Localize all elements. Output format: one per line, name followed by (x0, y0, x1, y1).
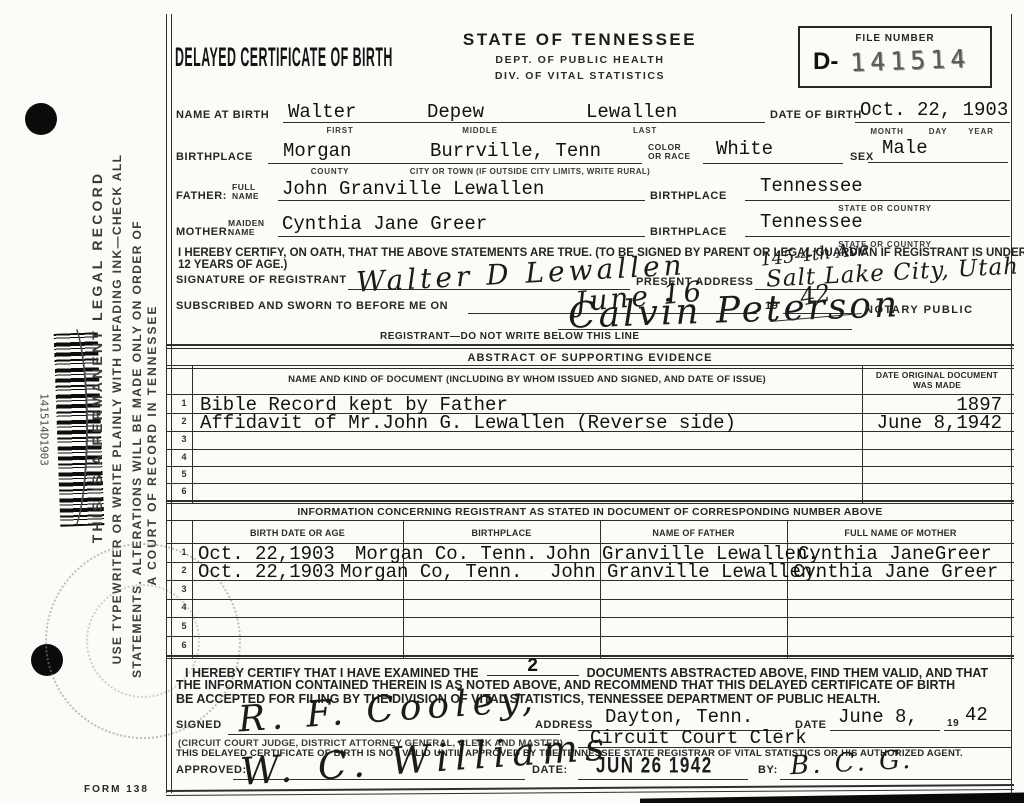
form-number: FORM 138 (84, 784, 149, 795)
info-col-place: BIRTHPLACE (403, 528, 600, 538)
rule (166, 636, 1014, 637)
document-count-value: 2 (527, 657, 538, 676)
abstract-row-number: 5 (176, 469, 192, 479)
rule (166, 655, 1014, 657)
rule (166, 520, 1014, 521)
mother-birthplace-value: Tennessee (760, 213, 863, 232)
rule (268, 163, 642, 164)
hole-punch-top (25, 103, 57, 135)
form-left-border (166, 14, 167, 793)
info-father-cell: John Granville Lewallen. (550, 563, 824, 582)
rule (166, 365, 1014, 366)
document-count-blank: 2 (487, 663, 579, 676)
rule (745, 200, 1010, 201)
abstract-col-date-2: WAS MADE (862, 380, 1012, 390)
mother-birthplace-label: BIRTHPLACE (650, 226, 727, 238)
by-signature: B. C. G. (789, 747, 913, 779)
mother-name-value: Cynthia Jane Greer (282, 215, 487, 234)
county-value: Morgan (283, 142, 351, 161)
oath-text-line2: 12 YEARS OF AGE.) (178, 259, 287, 271)
state-name: STATE OF TENNESSEE (430, 30, 730, 50)
approved-date-stamp: JUN 26 1942 (596, 753, 713, 779)
first-caption: FIRST (310, 126, 370, 135)
table-divider (192, 520, 193, 658)
scanned-birth-certificate: 141514D1903 THIS IS A PERMANENT LEGAL RE… (0, 0, 1024, 803)
dob-label: DATE OF BIRTH (770, 109, 862, 121)
city-caption: CITY OR TOWN (IF OUTSIDE CITY LIMITS, WR… (385, 167, 675, 176)
abstract-document-cell: Affidavit of Mr.John G. Lewallen (Revers… (200, 414, 736, 433)
table-divider (403, 520, 404, 658)
form-title: DELAYED CERTIFICATE OF BIRTH (175, 42, 393, 73)
rule (830, 730, 940, 731)
race-label-2: OR RACE (648, 151, 691, 161)
last-caption: LAST (615, 126, 675, 135)
rule (166, 348, 1014, 349)
signature-of-registrant-label: SIGNATURE OF REGISTRANT (176, 274, 347, 286)
rule (278, 236, 645, 237)
birthplace-label: BIRTHPLACE (176, 151, 253, 163)
info-birth-cell: Oct. 22,1903 (198, 563, 335, 582)
notary-public-label: NOTARY PUBLIC (865, 304, 974, 316)
dob-value: Oct. 22, 1903 (860, 101, 1008, 120)
signed-label: SIGNED (176, 719, 222, 731)
month-caption: MONTH (858, 127, 916, 136)
mother-label: MOTHER: (176, 226, 232, 238)
rule (166, 449, 1014, 450)
file-number-stamp: 141514 (850, 44, 971, 77)
approved-date-label: DATE: (532, 764, 568, 776)
certify-line2: THE INFORMATION CONTAINED THEREIN IS AS … (176, 678, 955, 692)
abstract-title: ABSTRACT OF SUPPORTING EVIDENCE (166, 352, 1014, 364)
abstract-date-cell: June 8,1942 (862, 414, 1002, 433)
rule (166, 483, 1014, 484)
file-number-prefix: D- (813, 48, 838, 76)
table-divider (787, 520, 788, 658)
date-value: June 8, (838, 708, 918, 727)
last-name-value: Lewallen (586, 103, 677, 122)
form-right-border (1011, 14, 1012, 793)
info-col-father: NAME OF FATHER (600, 528, 787, 538)
info-col-mother: FULL NAME OF MOTHER (787, 528, 1014, 538)
county-caption: COUNTY (300, 167, 360, 176)
abstract-row-number: 3 (176, 434, 192, 444)
info-row-number: 6 (176, 640, 192, 650)
address-value: Dayton, Tenn. (605, 708, 753, 727)
abstract-row-number: 6 (176, 486, 192, 496)
rule (278, 200, 645, 201)
rule (855, 122, 1010, 123)
father-birthplace-label: BIRTHPLACE (650, 190, 727, 202)
rule (703, 163, 843, 164)
margin-vertical-note-1: THIS IS A PERMANENT LEGAL RECORD (89, 147, 105, 567)
year-prefix: 19 (947, 718, 959, 729)
approved-label: APPROVED: (176, 764, 247, 776)
abstract-col-date-1: DATE ORIGINAL DOCUMENT (862, 370, 1012, 380)
rule (166, 658, 1014, 659)
abstract-col-document: NAME AND KIND OF DOCUMENT (INCLUDING BY … (192, 374, 862, 385)
barcode-number: 141514D1903 (38, 360, 51, 500)
info-mother-cell: Cynthia Jane Greer (793, 563, 998, 582)
sworn-label: SUBSCRIBED AND SWORN TO BEFORE ME ON (176, 300, 448, 312)
rule (166, 500, 1014, 502)
notary-signature: Calvin Peterson (567, 287, 900, 335)
rule (166, 617, 1014, 618)
scan-edge-shadow (640, 792, 1024, 803)
middle-name-value: Depew (427, 103, 484, 122)
rule (578, 779, 748, 780)
father-label: FATHER: (176, 190, 227, 202)
dept-name: DEPT. OF PUBLIC HEALTH (430, 54, 730, 66)
info-place-cell: Morgan Co, Tenn. (340, 563, 522, 582)
year-value: 42 (965, 706, 988, 725)
rule (166, 344, 1014, 346)
form-left-border-inner (171, 14, 172, 793)
info-row-number: 3 (176, 584, 192, 594)
year-caption: YEAR (958, 127, 1004, 136)
rule (166, 466, 1014, 467)
rule (166, 503, 1014, 504)
rule (944, 730, 1012, 731)
barcode-bracket (50, 318, 88, 536)
rule (745, 236, 1010, 237)
info-section-title: INFORMATION CONCERNING REGISTRANT AS STA… (166, 506, 1014, 518)
address-value-2: Circuit Court Clerk (590, 729, 807, 748)
info-row-number: 2 (176, 565, 192, 575)
first-name-value: Walter (288, 103, 356, 122)
race-value: White (716, 140, 773, 159)
abstract-row-number: 1 (176, 398, 192, 408)
day-caption: DAY (918, 127, 958, 136)
city-value: Burrville, Tenn (430, 142, 601, 161)
rule (166, 368, 1014, 369)
division-name: DIV. OF VITAL STATISTICS (430, 70, 730, 82)
father-birthplace-value: Tennessee (760, 177, 863, 196)
info-row-number: 4 (176, 602, 192, 612)
mother-maiden-cap2: NAME (228, 227, 255, 237)
date-label: DATE (795, 719, 827, 731)
info-col-birth: BIRTH DATE OR AGE (192, 528, 403, 538)
by-label: BY: (758, 764, 778, 776)
file-number-label: FILE NUMBER (800, 33, 990, 44)
middle-caption: MIDDLE (450, 126, 510, 135)
do-not-write-note: REGISTRANT—DO NOT WRITE BELOW THIS LINE (380, 331, 640, 342)
father-name-value: John Granville Lewallen (282, 180, 544, 199)
approved-signature: W. C. Williams (239, 727, 612, 791)
abstract-row-number: 4 (176, 452, 192, 462)
abstract-row-number: 2 (176, 416, 192, 426)
sex-value: Male (882, 139, 928, 158)
father-fullname-cap2: NAME (232, 191, 259, 201)
rule (166, 599, 1014, 600)
info-row-number: 1 (176, 547, 192, 557)
rule (868, 162, 1008, 163)
info-row-number: 5 (176, 621, 192, 631)
name-at-birth-label: NAME AT BIRTH (176, 109, 269, 121)
table-divider (600, 520, 601, 658)
file-number-box: FILE NUMBER D- 141514 (798, 26, 992, 88)
